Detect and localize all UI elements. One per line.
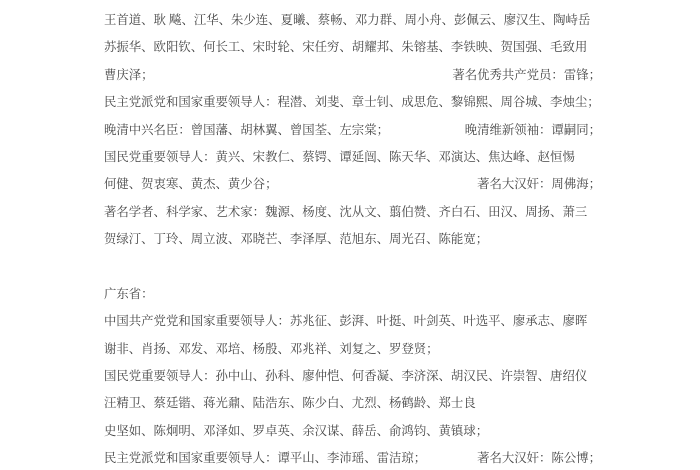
text-line: 国民党重要领导人：黄兴、宋教仁、蔡锷、谭延闿、陈天华、邓演达、焦达峰、赵恒惕 bbox=[104, 144, 601, 171]
line-text-left: 曹庆泽； bbox=[104, 62, 154, 89]
text-line: 贺绿汀、丁玲、周立波、邓晓芒、李泽厚、范旭东、周光召、陈能宽； bbox=[104, 226, 601, 253]
line-text-right: 著名优秀共产党员：雷锋； bbox=[452, 62, 601, 89]
line-text-left: 民主党派党和国家重要领导人：谭平山、李沛瑶、雷洁琼； bbox=[104, 445, 426, 470]
line-text-left: 史坚如、陈炯明、邓泽如、罗卓英、余汉谋、薛岳、俞鸿钧、黄镇球； bbox=[104, 418, 488, 445]
text-line: 民主党派党和国家重要领导人：谭平山、李沛瑶、雷洁琼； 著名大汉奸：陈公博； bbox=[104, 445, 601, 470]
line-text-left: 国民党重要领导人：黄兴、宋教仁、蔡锷、谭延闿、陈天华、邓演达、焦达峰、赵恒惕 bbox=[104, 144, 575, 171]
line-text-left: 谢非、肖扬、邓发、邓培、杨殷、邓兆祥、刘复之、罗登贤； bbox=[104, 336, 439, 363]
line-text-left: 民主党派党和国家重要领导人：程潜、刘斐、章士钊、成思危、黎锦熙、周谷城、李烛尘； bbox=[104, 89, 600, 116]
line-text-left: 晚清中兴名臣：曾国藩、胡林翼、曾国荃、左宗棠； bbox=[104, 117, 389, 144]
line-text-right: 著名大汉奸：周佛海； bbox=[477, 171, 601, 198]
line-text-left: 国民党重要领导人：孙中山、孙科、廖仲恺、何香凝、李济深、胡汉民、许崇智、唐绍仪 bbox=[104, 363, 587, 390]
blank-line bbox=[104, 254, 601, 281]
line-text-left: 王首道、耿 飚、江华、朱少连、夏曦、蔡畅、邓力群、周小舟、彭佩云、廖汉生、陶峙岳 bbox=[104, 7, 590, 34]
document-page: 王首道、耿 飚、江华、朱少连、夏曦、蔡畅、邓力群、周小舟、彭佩云、廖汉生、陶峙岳… bbox=[0, 0, 700, 470]
line-text-left: 著名学者、科学家、艺术家：魏源、杨度、沈从文、翦伯赞、齐白石、田汉、周扬、萧三 bbox=[104, 199, 587, 226]
line-text-left: 贺绿汀、丁玲、周立波、邓晓芒、李泽厚、范旭东、周光召、陈能宽； bbox=[104, 226, 488, 253]
text-line: 王首道、耿 飚、江华、朱少连、夏曦、蔡畅、邓力群、周小舟、彭佩云、廖汉生、陶峙岳 bbox=[104, 7, 601, 34]
text-line: 苏振华、欧阳钦、何长工、宋时轮、宋任穷、胡耀邦、朱镕基、李铁映、贺国强、毛致用 bbox=[104, 34, 601, 61]
text-line: 汪精卫、蔡廷锴、蒋光鼐、陆浩东、陈少白、尤烈、杨鹤龄、郑士良 bbox=[104, 390, 601, 417]
text-line: 谢非、肖扬、邓发、邓培、杨殷、邓兆祥、刘复之、罗登贤； bbox=[104, 336, 601, 363]
line-text-left: 广东省： bbox=[104, 281, 154, 308]
line-text-left: 中国共产党党和国家重要领导人：苏兆征、彭湃、叶挺、叶剑英、叶选平、廖承志、廖晖 bbox=[104, 308, 587, 335]
text-line: 史坚如、陈炯明、邓泽如、罗卓英、余汉谋、薛岳、俞鸿钧、黄镇球； bbox=[104, 418, 601, 445]
text-line: 著名学者、科学家、艺术家：魏源、杨度、沈从文、翦伯赞、齐白石、田汉、周扬、萧三 bbox=[104, 199, 601, 226]
text-line: 中国共产党党和国家重要领导人：苏兆征、彭湃、叶挺、叶剑英、叶选平、廖承志、廖晖 bbox=[104, 308, 601, 335]
line-text-left: 苏振华、欧阳钦、何长工、宋时轮、宋任穷、胡耀邦、朱镕基、李铁映、贺国强、毛致用 bbox=[104, 34, 587, 61]
text-line: 曹庆泽； 著名优秀共产党员：雷锋； bbox=[104, 62, 601, 89]
text-line: 国民党重要领导人：孙中山、孙科、廖仲恺、何香凝、李济深、胡汉民、许崇智、唐绍仪 bbox=[104, 363, 601, 390]
text-line: 民主党派党和国家重要领导人：程潜、刘斐、章士钊、成思危、黎锦熙、周谷城、李烛尘； bbox=[104, 89, 601, 116]
section-heading-guangdong: 广东省： bbox=[104, 281, 601, 308]
line-text-right: 著名大汉奸：陈公博； bbox=[477, 445, 601, 470]
line-text-left: 汪精卫、蔡廷锴、蒋光鼐、陆浩东、陈少白、尤烈、杨鹤龄、郑士良 bbox=[104, 390, 476, 417]
text-line: 晚清中兴名臣：曾国藩、胡林翼、曾国荃、左宗棠； 晚清维新领袖：谭嗣同； bbox=[104, 117, 601, 144]
line-text-right: 晚清维新领袖：谭嗣同； bbox=[465, 117, 601, 144]
text-line: 何健、贺衷寒、黄杰、黄少谷； 著名大汉奸：周佛海； bbox=[104, 171, 601, 198]
line-text-left: 何健、贺衷寒、黄杰、黄少谷； bbox=[104, 171, 277, 198]
